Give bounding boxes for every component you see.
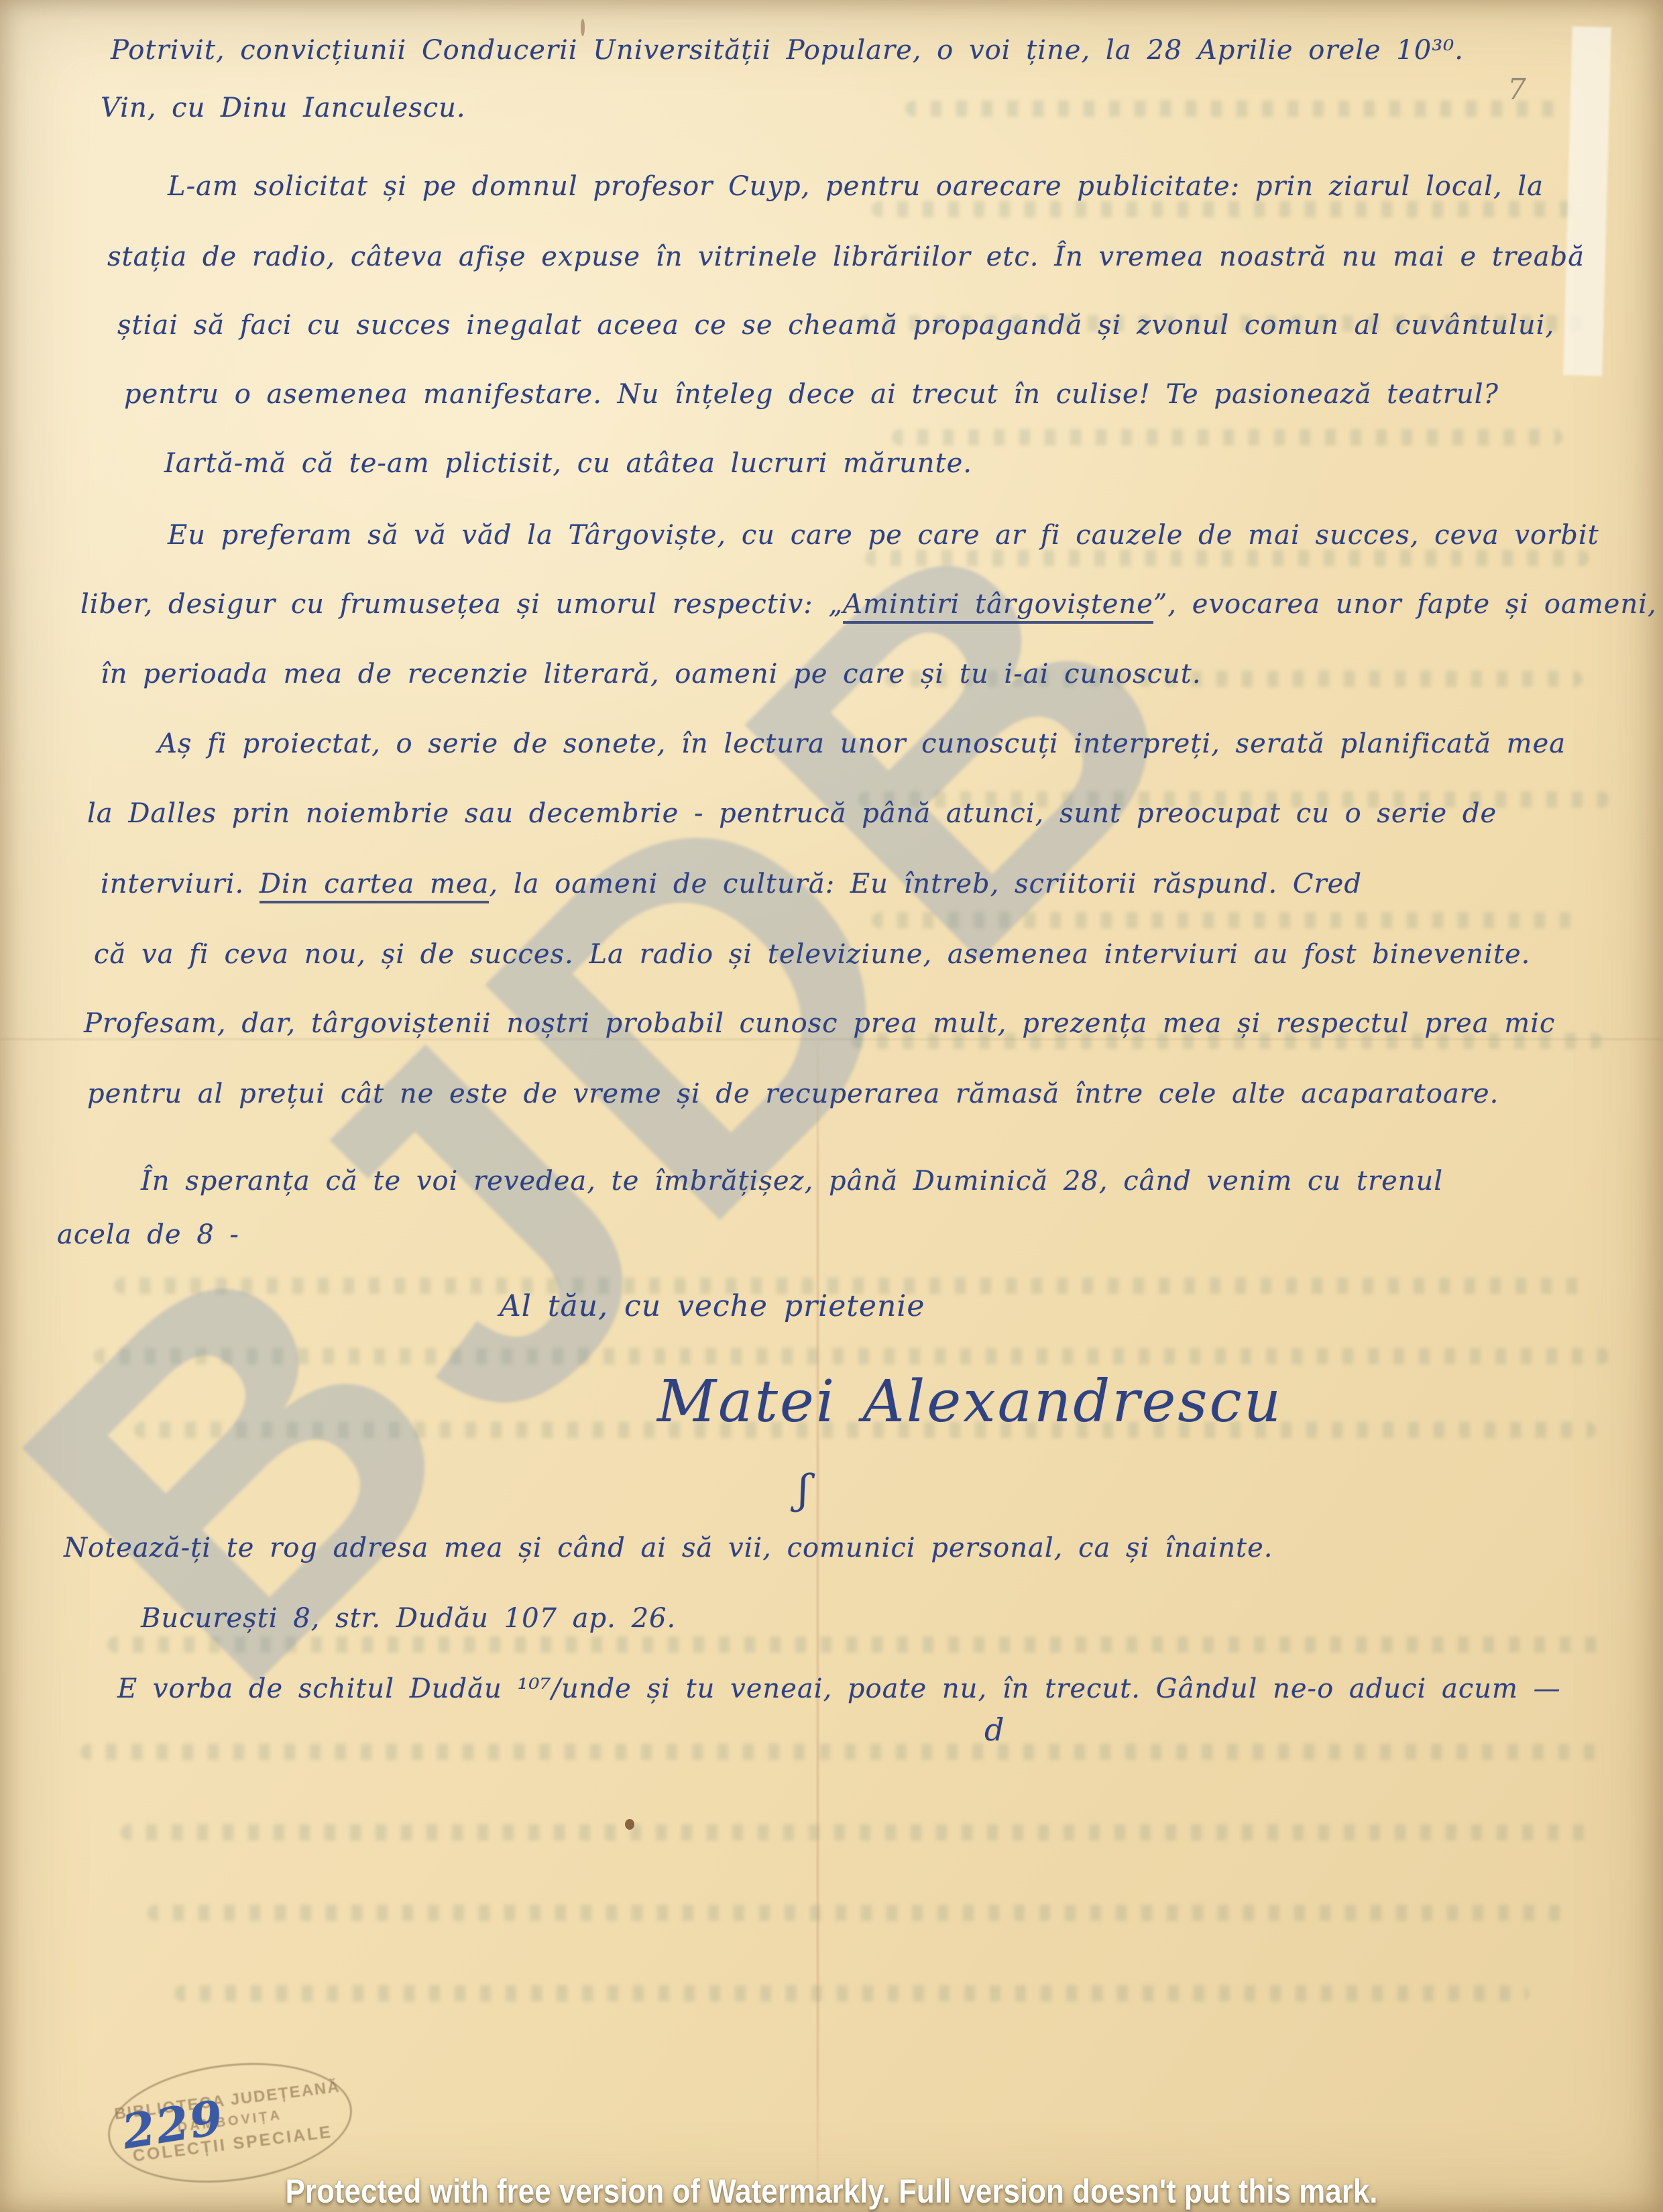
line-segment: ”, evocarea unor fapte și oameni, bbox=[1153, 589, 1657, 620]
closing-line: Al tău, cu veche prietenie bbox=[500, 1289, 925, 1323]
signature-paraph: ʃ bbox=[798, 1466, 809, 1513]
paper-speck bbox=[581, 19, 585, 36]
pencil-mark: 7 bbox=[1507, 72, 1527, 107]
letter-line: pentru al prețui cât ne este de vreme și… bbox=[87, 1079, 1499, 1109]
paper-speck bbox=[625, 1819, 634, 1830]
underlined-phrase: Din cartea mea bbox=[260, 869, 489, 903]
bleed-through-line bbox=[121, 1824, 1596, 1840]
letter-line: știai să faci cu succes inegalat aceea c… bbox=[117, 310, 1554, 341]
paper-sliver-edge bbox=[1563, 26, 1611, 376]
vertical-fold-crease bbox=[817, 1033, 819, 2212]
letter-line: Potrivit, convicțiunii Conducerii Univer… bbox=[111, 35, 1464, 66]
postscript-line: Notează-ți te rog adresa mea și când ai … bbox=[64, 1533, 1273, 1563]
bleed-through-line bbox=[865, 550, 1589, 566]
postscript-line: București 8, str. Dudău 107 ap. 26. bbox=[141, 1603, 676, 1634]
letter-line: L-am solicitat și pe domnul profesor Cuy… bbox=[168, 171, 1544, 202]
letter-line: În speranța că te voi revedea, te îmbrăț… bbox=[141, 1166, 1443, 1197]
underlined-phrase: Amintiri târgoviștene bbox=[843, 589, 1153, 624]
letter-line: în perioada mea de recenzie literară, oa… bbox=[101, 659, 1202, 689]
bleed-through-line bbox=[94, 1348, 1609, 1364]
letter-line: Iartă-mă că te-am plictisit, cu atâtea l… bbox=[164, 448, 972, 479]
bleed-through-line bbox=[872, 912, 1583, 928]
postscript-line: E vorba de schitul Dudău ¹⁰⁷/unde și tu … bbox=[117, 1673, 1561, 1704]
letter-line: acela de 8 - bbox=[57, 1219, 239, 1250]
letter-line: că va fi ceva nou, și de succes. La radi… bbox=[94, 939, 1530, 970]
letter-line: Aș fi proiectat, o serie de sonete, în l… bbox=[158, 728, 1566, 759]
bleed-through-line bbox=[872, 201, 1583, 217]
letter-line: Profesam, dar, târgoviștenii noștri prob… bbox=[84, 1008, 1555, 1039]
letter-line: Eu preferam să vă văd la Târgoviște, cu … bbox=[168, 520, 1599, 551]
bleed-through-line bbox=[892, 429, 1562, 445]
letter-line: la Dalles prin noiembrie sau decembrie -… bbox=[87, 798, 1497, 829]
bleed-through-line bbox=[174, 1985, 1529, 2001]
letter-page: BJDB Potrivit, convicțiunii Conducerii U… bbox=[0, 0, 1663, 2212]
watermarkly-text: Protected with free version of Watermark… bbox=[285, 2172, 1377, 2211]
bleed-through-line bbox=[107, 1637, 1609, 1653]
letter-line: stația de radio, câteva afișe expuse în … bbox=[107, 241, 1585, 272]
signature: Matei Alexandrescu bbox=[657, 1368, 1283, 1435]
line-segment: , la oameni de cultură: Eu întreb, scrii… bbox=[489, 869, 1362, 899]
bleed-through-line bbox=[80, 1744, 1609, 1760]
stray-mark: d bbox=[984, 1712, 1005, 1748]
letter-line: interviuri. Din cartea mea, la oameni de… bbox=[101, 869, 1362, 899]
letter-line: Vin, cu Dinu Ianculescu. bbox=[101, 93, 466, 123]
letter-line: pentru o asemenea manifestare. Nu înțele… bbox=[124, 379, 1499, 410]
line-segment: liber, desigur cu frumusețea și umorul r… bbox=[80, 589, 843, 620]
letter-line: liber, desigur cu frumusețea și umorul r… bbox=[80, 589, 1657, 620]
line-segment: interviuri. bbox=[101, 869, 260, 899]
bleed-through-line bbox=[148, 1905, 1569, 1921]
bleed-through-line bbox=[905, 101, 1562, 117]
